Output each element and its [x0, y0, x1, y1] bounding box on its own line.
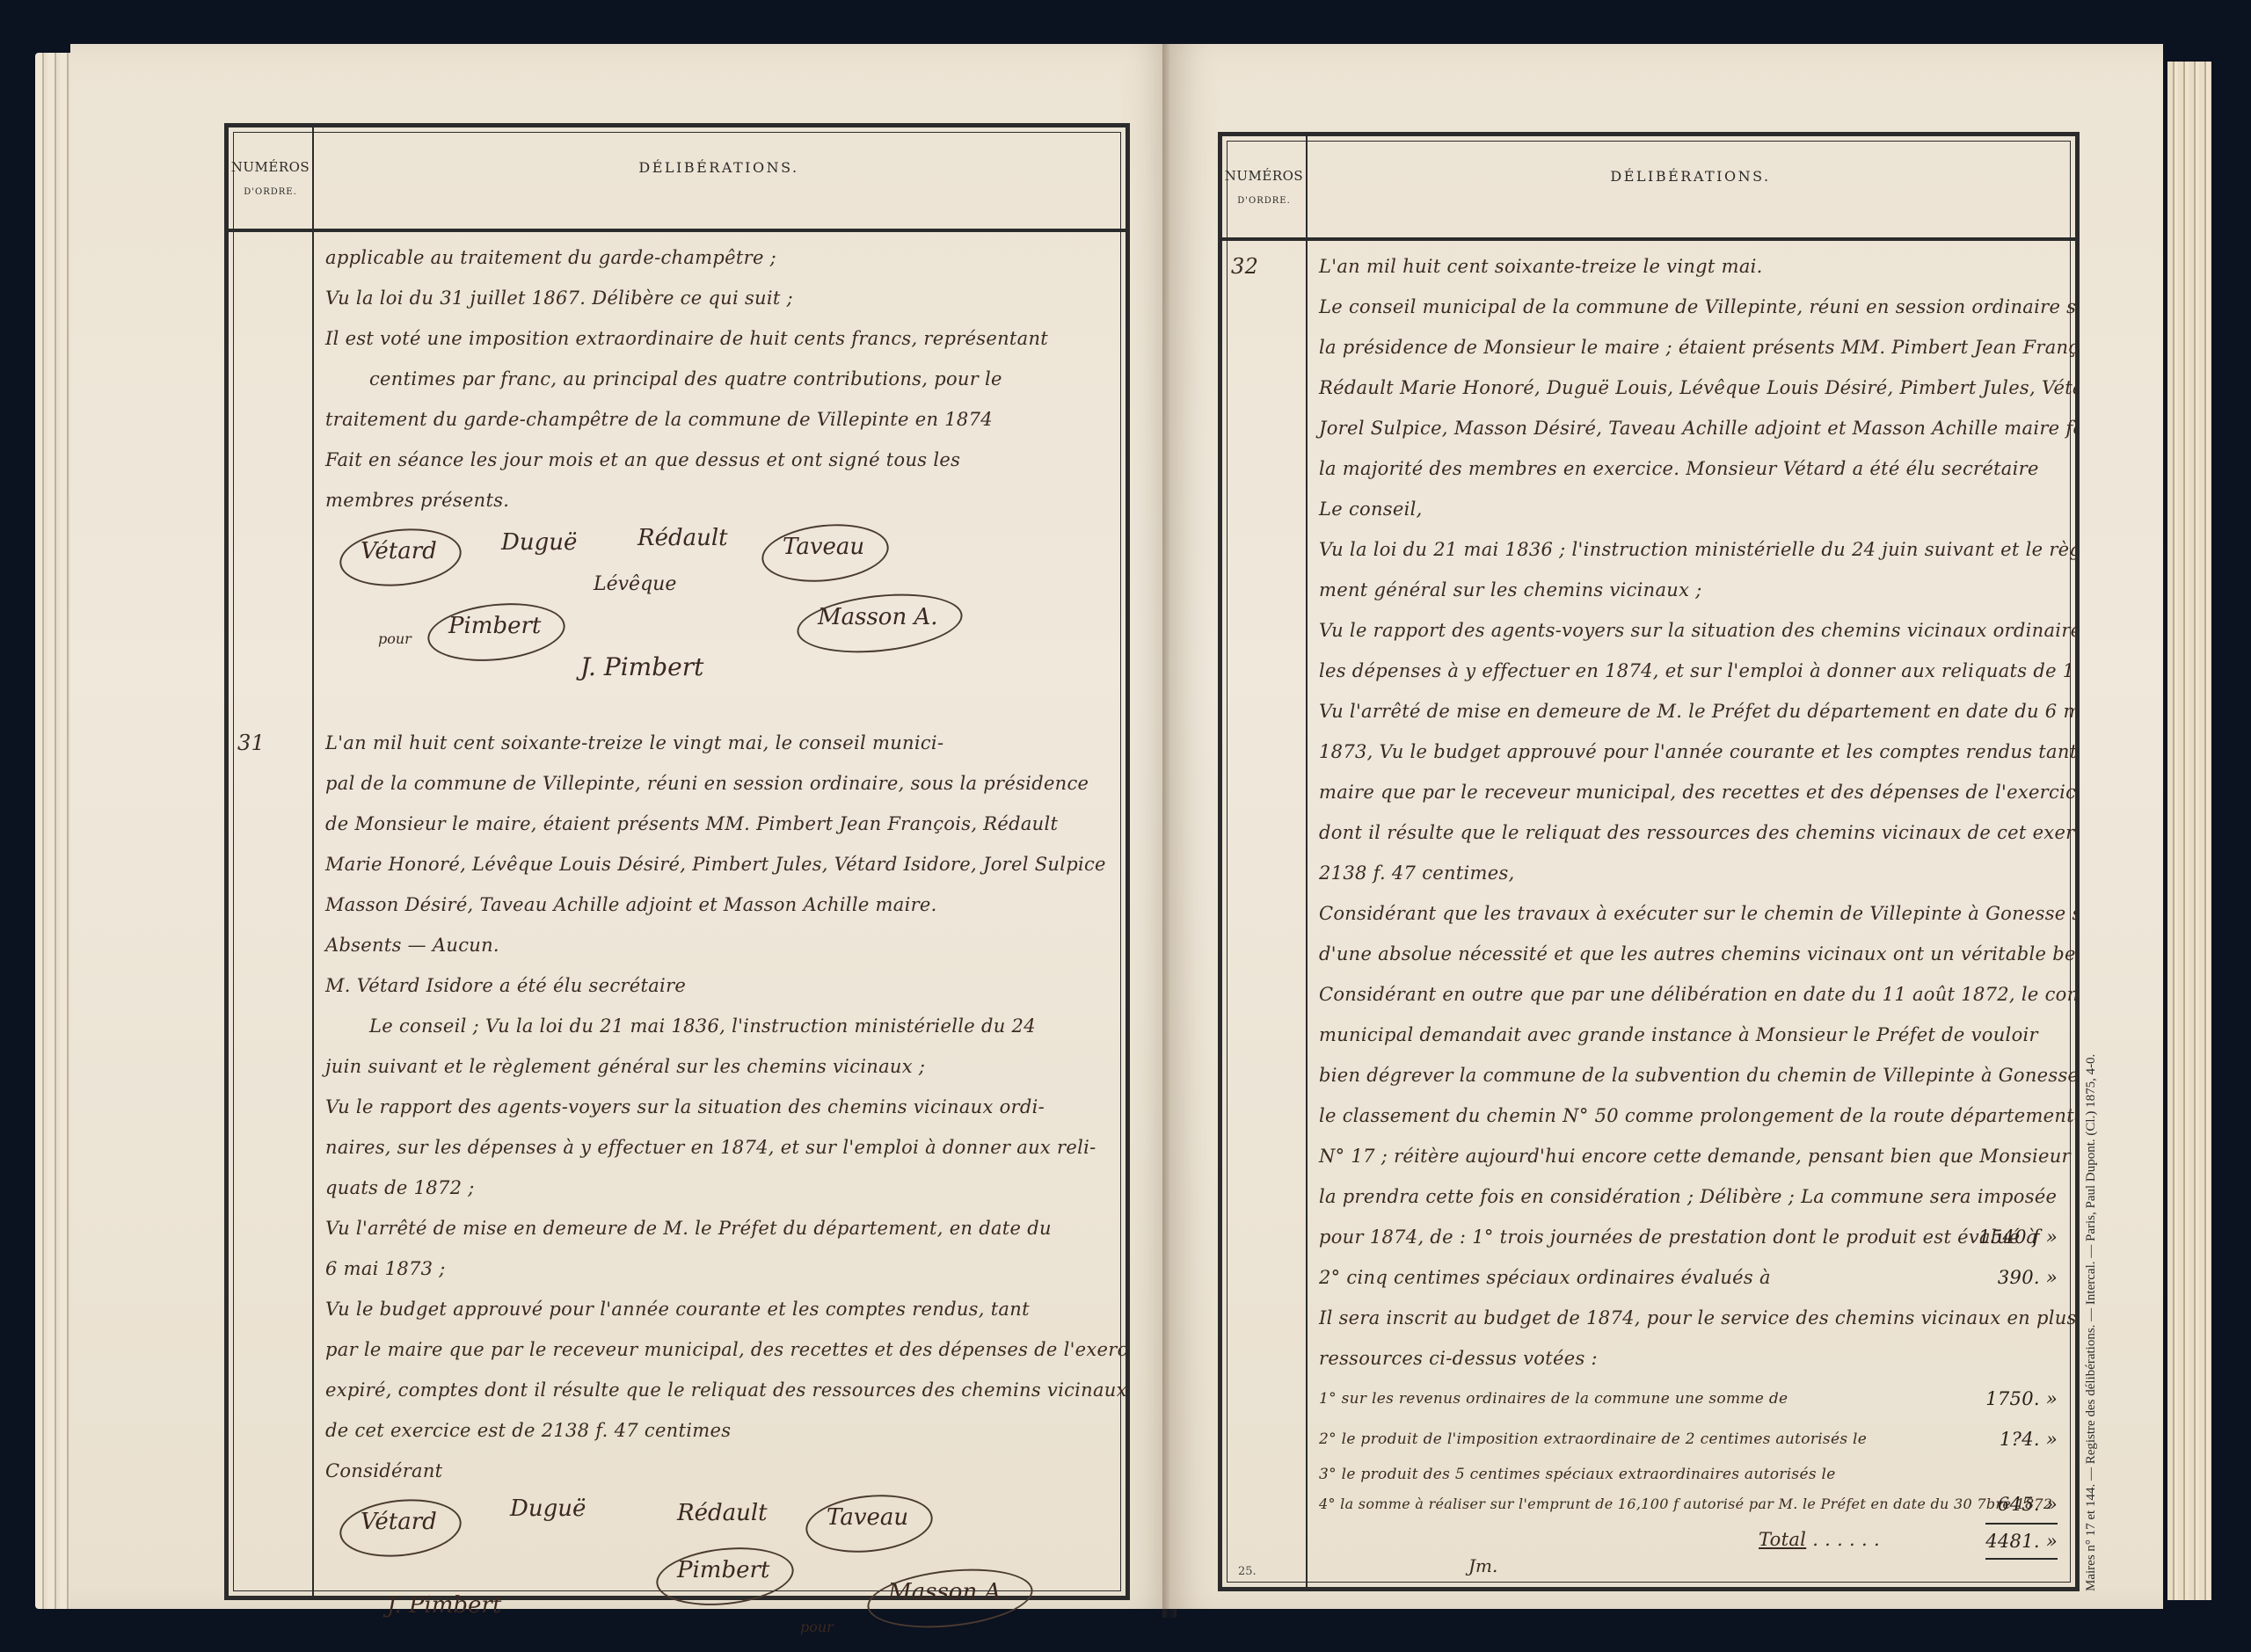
- amount-cents: »: [2046, 1388, 2058, 1409]
- numeros-header: NUMÉROS D'ORDRE.: [229, 127, 312, 229]
- budget-line: ressources ci-dessus votées :: [1222, 1338, 2075, 1379]
- continuation-text: applicable au traitement du garde-champê…: [229, 237, 1125, 520]
- budget-line: 1° sur les revenus ordinaires de la comm…: [1222, 1379, 2075, 1419]
- text-line: Absents — Aucun.: [229, 925, 1125, 965]
- budget-line-text: Il sera inscrit au budget de 1874, pour …: [1319, 1307, 2075, 1328]
- amount-francs: 1750.: [1985, 1388, 2040, 1409]
- text-line: municipal demandait avec grande instance…: [1222, 1015, 2075, 1055]
- text-line: juin suivant et le règlement général sur…: [229, 1046, 1125, 1087]
- budget-line-amount: 1?4. »: [2000, 1419, 2058, 1459]
- text-line: traitement du garde-champêtre de la comm…: [229, 399, 1125, 440]
- numeros-header: NUMÉROS D'ORDRE.: [1222, 136, 1306, 237]
- budget-line-text: 3° le produit des 5 centimes spéciaux ex…: [1319, 1466, 1836, 1483]
- text-line: par le maire que par le receveur municip…: [229, 1329, 1125, 1370]
- signature: Masson A.: [888, 1579, 1009, 1605]
- left-page-header: NUMÉROS D'ORDRE. DÉLIBÉRATIONS.: [229, 127, 1125, 232]
- text-line: M. Vétard Isidore a été élu secrétaire: [229, 965, 1125, 1006]
- text-line: la présidence de Monsieur le maire ; éta…: [1222, 327, 2075, 368]
- amount-cents: »: [2046, 1267, 2058, 1288]
- budget-line: 2° cinq centimes spéciaux ordinaires éva…: [1222, 1257, 2075, 1298]
- left-page-stack: [35, 53, 75, 1609]
- signature: Rédault: [637, 525, 728, 551]
- budget-line: Il sera inscrit au budget de 1874, pour …: [1222, 1298, 2075, 1338]
- signature: Masson A.: [818, 604, 938, 630]
- right-page-body: 32 L'an mil huit cent soixante-treize le…: [1222, 246, 2075, 1587]
- left-page-ruled-frame: NUMÉROS D'ORDRE. DÉLIBÉRATIONS. applicab…: [224, 123, 1130, 1600]
- text-line: dont il résulte que le reliquat des ress…: [1222, 812, 2075, 853]
- entry-32: 32 L'an mil huit cent soixante-treize le…: [1222, 246, 2075, 1560]
- text-line: Le conseil,: [1222, 489, 2075, 529]
- text-line: Considérant: [229, 1451, 1125, 1491]
- amount-cents: »: [2046, 1531, 2058, 1552]
- signature: Duguë: [510, 1496, 586, 1522]
- text-line: maire que par le receveur municipal, des…: [1222, 772, 2075, 812]
- total-leader-dots: . . . . . .: [1812, 1529, 1880, 1550]
- signature: Pimbert: [448, 613, 541, 639]
- deliberations-label: DÉLIBÉRATIONS.: [312, 159, 1125, 176]
- budget-line: pour 1874, de : 1° trois journées de pre…: [1222, 1217, 2075, 1257]
- right-page-stack: [2167, 62, 2211, 1600]
- text-line: d'une absolue nécessité et que les autre…: [1222, 934, 2075, 974]
- amount-francs: 645.: [1998, 1494, 2040, 1515]
- amount-francs: 1?4.: [2000, 1429, 2040, 1450]
- signature: J. Pimbert: [387, 1592, 501, 1619]
- open-register-book: NUMÉROS D'ORDRE. DÉLIBÉRATIONS. applicab…: [35, 44, 2211, 1618]
- text-line: centimes par franc, au principal des qua…: [229, 359, 1125, 399]
- signature: Vétard: [361, 538, 437, 564]
- text-line: N° 17 ; réitère aujourd'hui encore cette…: [1222, 1136, 2075, 1176]
- text-line: les dépenses à y effectuer en 1874, et s…: [1222, 651, 2075, 691]
- text-line: membres présents.: [229, 480, 1125, 520]
- text-line: naires, sur les dépenses à y effectuer e…: [229, 1127, 1125, 1168]
- text-line: Considérant que les travaux à exécuter s…: [1222, 893, 2075, 934]
- text-line: Vu le rapport des agents-voyers sur la s…: [229, 1087, 1125, 1127]
- signature: Taveau: [827, 1504, 908, 1531]
- deliberations-label: DÉLIBÉRATIONS.: [1306, 168, 2075, 185]
- total-label: Total: [1759, 1529, 1806, 1550]
- text-line: Rédault Marie Honoré, Duguë Louis, Lévêq…: [1222, 368, 2075, 408]
- amount-cents: »: [2046, 1494, 2058, 1515]
- text-line: 32 L'an mil huit cent soixante-treize le…: [1222, 246, 2075, 287]
- left-page: NUMÉROS D'ORDRE. DÉLIBÉRATIONS. applicab…: [70, 44, 1169, 1609]
- budget-line: 3° le produit des 5 centimes spéciaux ex…: [1222, 1459, 2075, 1489]
- text-line: Vu la loi du 21 mai 1836 ; l'instruction…: [1222, 529, 2075, 570]
- budget-line: 2° le produit de l'imposition extraordin…: [1222, 1419, 2075, 1459]
- text-line: de cet exercice est de 2138 f. 47 centim…: [229, 1410, 1125, 1451]
- right-page-ruled-frame: NUMÉROS D'ORDRE. DÉLIBÉRATIONS. 32 L'an …: [1218, 132, 2080, 1591]
- total-label-group: Total . . . . . .: [1759, 1519, 1880, 1560]
- amount-francs: 4481.: [1985, 1531, 2040, 1552]
- budget-line: 4° la somme à réaliser sur l'emprunt de …: [1222, 1489, 2075, 1519]
- text-line: Vu l'arrêté de mise en demeure de M. le …: [1222, 691, 2075, 731]
- signature: Taveau: [783, 534, 864, 560]
- text-line: Il est voté une imposition extraordinair…: [229, 318, 1125, 359]
- budget-total-line: Total . . . . . . 4481. »: [1222, 1519, 2075, 1560]
- text-line: Vu la loi du 31 juillet 1867. Délibère c…: [229, 278, 1125, 318]
- text-line: Fait en séance les jour mois et an que d…: [229, 440, 1125, 480]
- total-amount: 4481. »: [1985, 1523, 2058, 1560]
- text-line: expiré, comptes dont il résulte que le r…: [229, 1370, 1125, 1410]
- left-page-body: applicable au traitement du garde-champê…: [229, 237, 1125, 1596]
- text-line: ment général sur les chemins vicinaux ;: [1222, 570, 2075, 610]
- budget-line-text: 2° le produit de l'imposition extraordin…: [1319, 1430, 1867, 1448]
- numeros-label: NUMÉROS: [1222, 168, 1306, 184]
- signature-block-1: Vétard Duguë Rédault Taveau Lévêque Pimb…: [325, 520, 1125, 723]
- entry-number: 31: [237, 723, 308, 763]
- text-line: de Monsieur le maire, étaient présents M…: [229, 804, 1125, 844]
- right-page: NUMÉROS D'ORDRE. DÉLIBÉRATIONS. 32 L'an …: [1169, 44, 2163, 1609]
- amount-cents: »: [2046, 1226, 2058, 1248]
- text-content: L'an mil huit cent soixante-treize le vi…: [325, 732, 943, 753]
- text-content: L'an mil huit cent soixante-treize le vi…: [1319, 256, 1763, 277]
- signature-note: pour: [378, 630, 412, 647]
- budget-line-text: 1° sur les revenus ordinaires de la comm…: [1319, 1390, 1788, 1408]
- text-line: le classement du chemin N° 50 comme prol…: [1222, 1095, 2075, 1136]
- budget-line-amount: 1540 f »: [1978, 1217, 2058, 1257]
- budget-line-amount: 390. »: [1998, 1257, 2058, 1298]
- text-line: la majorité des membres en exercice. Mon…: [1222, 448, 2075, 489]
- budget-line-text: 2° cinq centimes spéciaux ordinaires éva…: [1319, 1267, 1771, 1288]
- amount-francs: 390.: [1998, 1267, 2040, 1288]
- numeros-label: NUMÉROS: [229, 159, 312, 175]
- text-line: Masson Désiré, Taveau Achille adjoint et…: [229, 884, 1125, 925]
- text-line: la prendra cette fois en considération ;…: [1222, 1176, 2075, 1217]
- text-line: Vu le budget approuvé pour l'année coura…: [229, 1289, 1125, 1329]
- signature-block-2: Vétard Duguë Rédault Taveau Pimbert J. P…: [325, 1491, 1125, 1649]
- signature-note: pour: [800, 1619, 834, 1635]
- budget-line-text: ressources ci-dessus votées :: [1319, 1348, 1598, 1369]
- signature: Duguë: [501, 529, 577, 556]
- budget-line-amount: 1750. »: [1985, 1379, 2058, 1419]
- text-line: Vu le rapport des agents-voyers sur la s…: [1222, 610, 2075, 651]
- text-line: Le conseil municipal de la commune de Vi…: [1222, 287, 2075, 327]
- signature: Vétard: [361, 1509, 437, 1535]
- amount-francs: 1540 f: [1978, 1226, 2040, 1248]
- text-line: Considérant en outre que par une délibér…: [1222, 974, 2075, 1015]
- text-line: pal de la commune de Villepinte, réuni e…: [229, 763, 1125, 804]
- printer-side-note: Maires n° 17 et 144. — Registre des déli…: [2084, 993, 2109, 1591]
- budget-line-text: pour 1874, de : 1° trois journées de pre…: [1319, 1226, 2037, 1248]
- signature: Rédault: [677, 1500, 768, 1526]
- text-line: Jorel Sulpice, Masson Désiré, Taveau Ach…: [1222, 408, 2075, 448]
- text-line: 6 mai 1873 ;: [229, 1248, 1125, 1289]
- entry-31: 31 L'an mil huit cent soixante-treize le…: [229, 723, 1125, 1491]
- budget-lines: pour 1874, de : 1° trois journées de pre…: [1222, 1217, 2075, 1560]
- text-line: 31 L'an mil huit cent soixante-treize le…: [229, 723, 1125, 763]
- text-line: bien dégrever la commune de la subventio…: [1222, 1055, 2075, 1095]
- right-page-header: NUMÉROS D'ORDRE. DÉLIBÉRATIONS.: [1222, 136, 2075, 241]
- initials-mark: Jm.: [1468, 1555, 1497, 1576]
- text-line: Marie Honoré, Lévêque Louis Désiré, Pimb…: [229, 844, 1125, 884]
- text-line: Le conseil ; Vu la loi du 21 mai 1836, l…: [229, 1006, 1125, 1046]
- signature: Lévêque: [594, 573, 676, 595]
- budget-line-amount: 645. »: [1998, 1489, 2058, 1519]
- page-number: 25.: [1238, 1565, 1257, 1578]
- ordre-label: D'ORDRE.: [229, 187, 312, 197]
- signature: Pimbert: [677, 1557, 769, 1583]
- budget-line-text: 4° la somme à réaliser sur l'emprunt de …: [1319, 1496, 2052, 1512]
- text-line: quats de 1872 ;: [229, 1168, 1125, 1208]
- text-line: applicable au traitement du garde-champê…: [229, 237, 1125, 278]
- text-line: Vu l'arrêté de mise en demeure de M. le …: [229, 1208, 1125, 1248]
- text-line: 1873, Vu le budget approuvé pour l'année…: [1222, 731, 2075, 772]
- signature: J. Pimbert: [580, 652, 703, 681]
- entry-number: 32: [1231, 246, 1301, 287]
- text-line: 2138 f. 47 centimes,: [1222, 853, 2075, 893]
- ordre-label: D'ORDRE.: [1222, 196, 1306, 206]
- amount-cents: »: [2046, 1429, 2058, 1450]
